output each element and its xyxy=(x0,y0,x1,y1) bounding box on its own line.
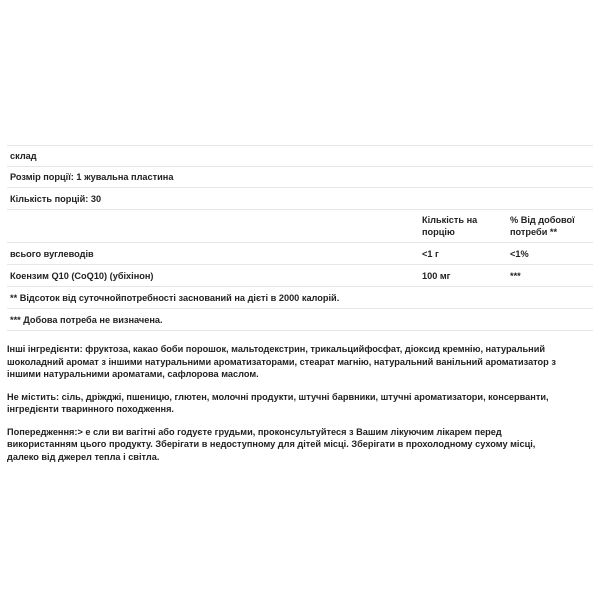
footnote-row: *** Добова потреба не визначена. xyxy=(7,309,593,331)
table-title-row: склад xyxy=(7,146,593,167)
table-header-row: Кількість на порцію % Від добової потреб… xyxy=(7,210,593,243)
nutrient-amount: <1 г xyxy=(419,243,507,265)
serving-size: Розмір порції: 1 жувальна пластина xyxy=(7,167,593,188)
supplement-facts-table: склад Розмір порції: 1 жувальна пластина… xyxy=(7,145,593,331)
serving-size-row: Розмір порції: 1 жувальна пластина xyxy=(7,167,593,188)
header-amount: Кількість на порцію xyxy=(419,210,507,243)
nutrient-daily-value: *** xyxy=(507,265,593,287)
nutrient-name: Коензим Q10 (CoQ10) (убіхінон) xyxy=(7,265,419,287)
servings-count: Кількість порцій: 30 xyxy=(7,188,593,210)
nutrient-amount: 100 мг xyxy=(419,265,507,287)
nutrient-name: всього вуглеводів xyxy=(7,243,419,265)
header-spacer xyxy=(7,210,419,243)
product-notes: Інші інгредієнти: фруктоза, какао боби п… xyxy=(7,343,593,463)
footnote-daily-value-basis: ** Відсоток від суточнойпотребності засн… xyxy=(7,287,593,309)
header-daily-value: % Від добової потреби ** xyxy=(507,210,593,243)
supplement-facts-document: склад Розмір порції: 1 жувальна пластина… xyxy=(7,145,593,473)
footnote-row: ** Відсоток від суточнойпотребності засн… xyxy=(7,287,593,309)
nutrient-daily-value: <1% xyxy=(507,243,593,265)
servings-count-row: Кількість порцій: 30 xyxy=(7,188,593,210)
other-ingredients: Інші інгредієнти: фруктоза, какао боби п… xyxy=(7,343,567,381)
warning-text: Попередження:> е сли ви вагітні або году… xyxy=(7,426,567,464)
footnote-daily-value-not-established: *** Добова потреба не визначена. xyxy=(7,309,593,331)
table-title: склад xyxy=(7,146,593,167)
table-row: Коензим Q10 (CoQ10) (убіхінон) 100 мг **… xyxy=(7,265,593,287)
does-not-contain: Не містить: сіль, дріжджі, пшеницю, глют… xyxy=(7,391,567,416)
table-row: всього вуглеводів <1 г <1% xyxy=(7,243,593,265)
